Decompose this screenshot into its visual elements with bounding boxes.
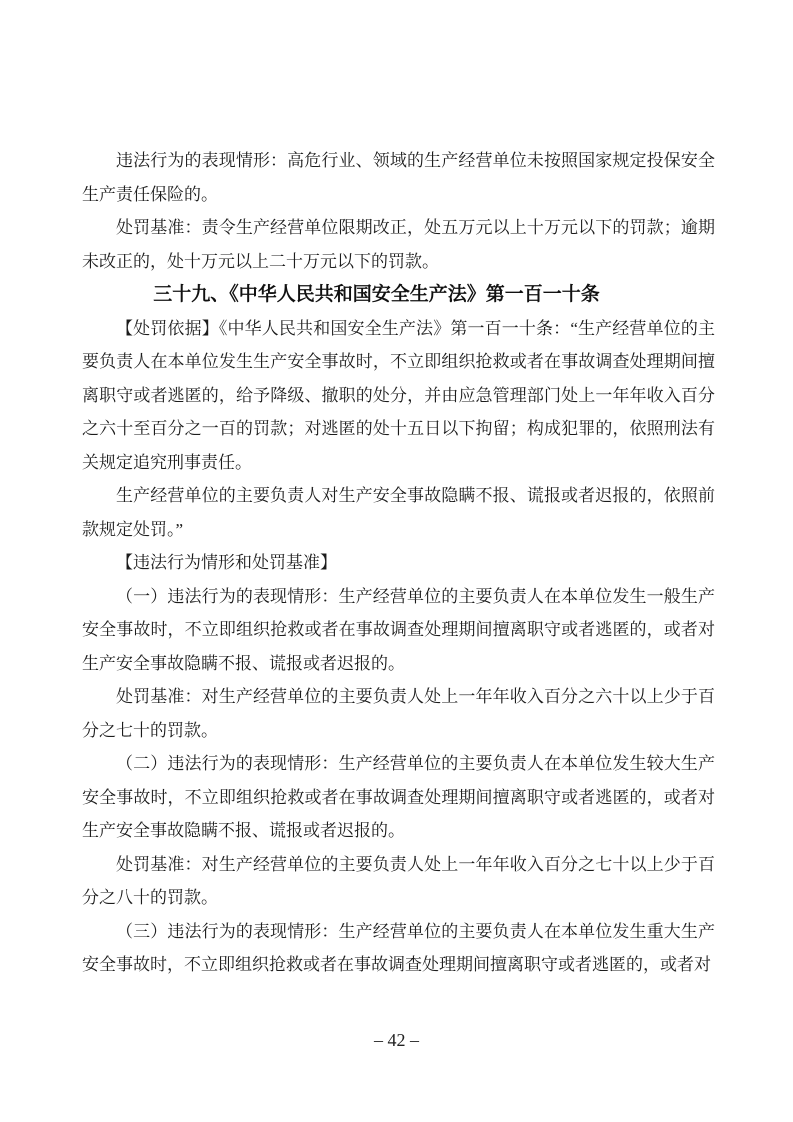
document-page: 违法行为的表现情形：高危行业、领域的生产经营单位未按照国家规定投保安全生产责任保… (0, 0, 793, 1122)
paragraph: 处罚基准：责令生产经营单位限期改正，处五万元以上十万元以下的罚款；逾期未改正的，… (82, 211, 715, 278)
section-heading: 三十九、《中华人民共和国安全生产法》第一百一十条 (82, 278, 715, 312)
paragraph: 【处罚依据】《中华人民共和国安全生产法》第一百一十条：“生产经营单位的主要负责人… (82, 312, 715, 480)
paragraph: 【违法行为情形和处罚基准】 (82, 546, 715, 580)
paragraph: 处罚基准：对生产经营单位的主要负责人处上一年年收入百分之六十以上少于百分之七十的… (82, 680, 715, 747)
paragraph: （三）违法行为的表现情形：生产经营单位的主要负责人在本单位发生重大生产安全事故时… (82, 915, 715, 982)
paragraph: （二）违法行为的表现情形：生产经营单位的主要负责人在本单位发生较大生产安全事故时… (82, 747, 715, 848)
paragraph: 生产经营单位的主要负责人对生产安全事故隐瞒不报、谎报或者迟报的，依照前款规定处罚… (82, 479, 715, 546)
document-body: 违法行为的表现情形：高危行业、领域的生产经营单位未按照国家规定投保安全生产责任保… (82, 144, 715, 982)
paragraph: （一）违法行为的表现情形：生产经营单位的主要负责人在本单位发生一般生产安全事故时… (82, 580, 715, 681)
page-number: – 42 – (0, 1028, 793, 1052)
paragraph: 违法行为的表现情形：高危行业、领域的生产经营单位未按照国家规定投保安全生产责任保… (82, 144, 715, 211)
paragraph: 处罚基准：对生产经营单位的主要负责人处上一年年收入百分之七十以上少于百分之八十的… (82, 848, 715, 915)
